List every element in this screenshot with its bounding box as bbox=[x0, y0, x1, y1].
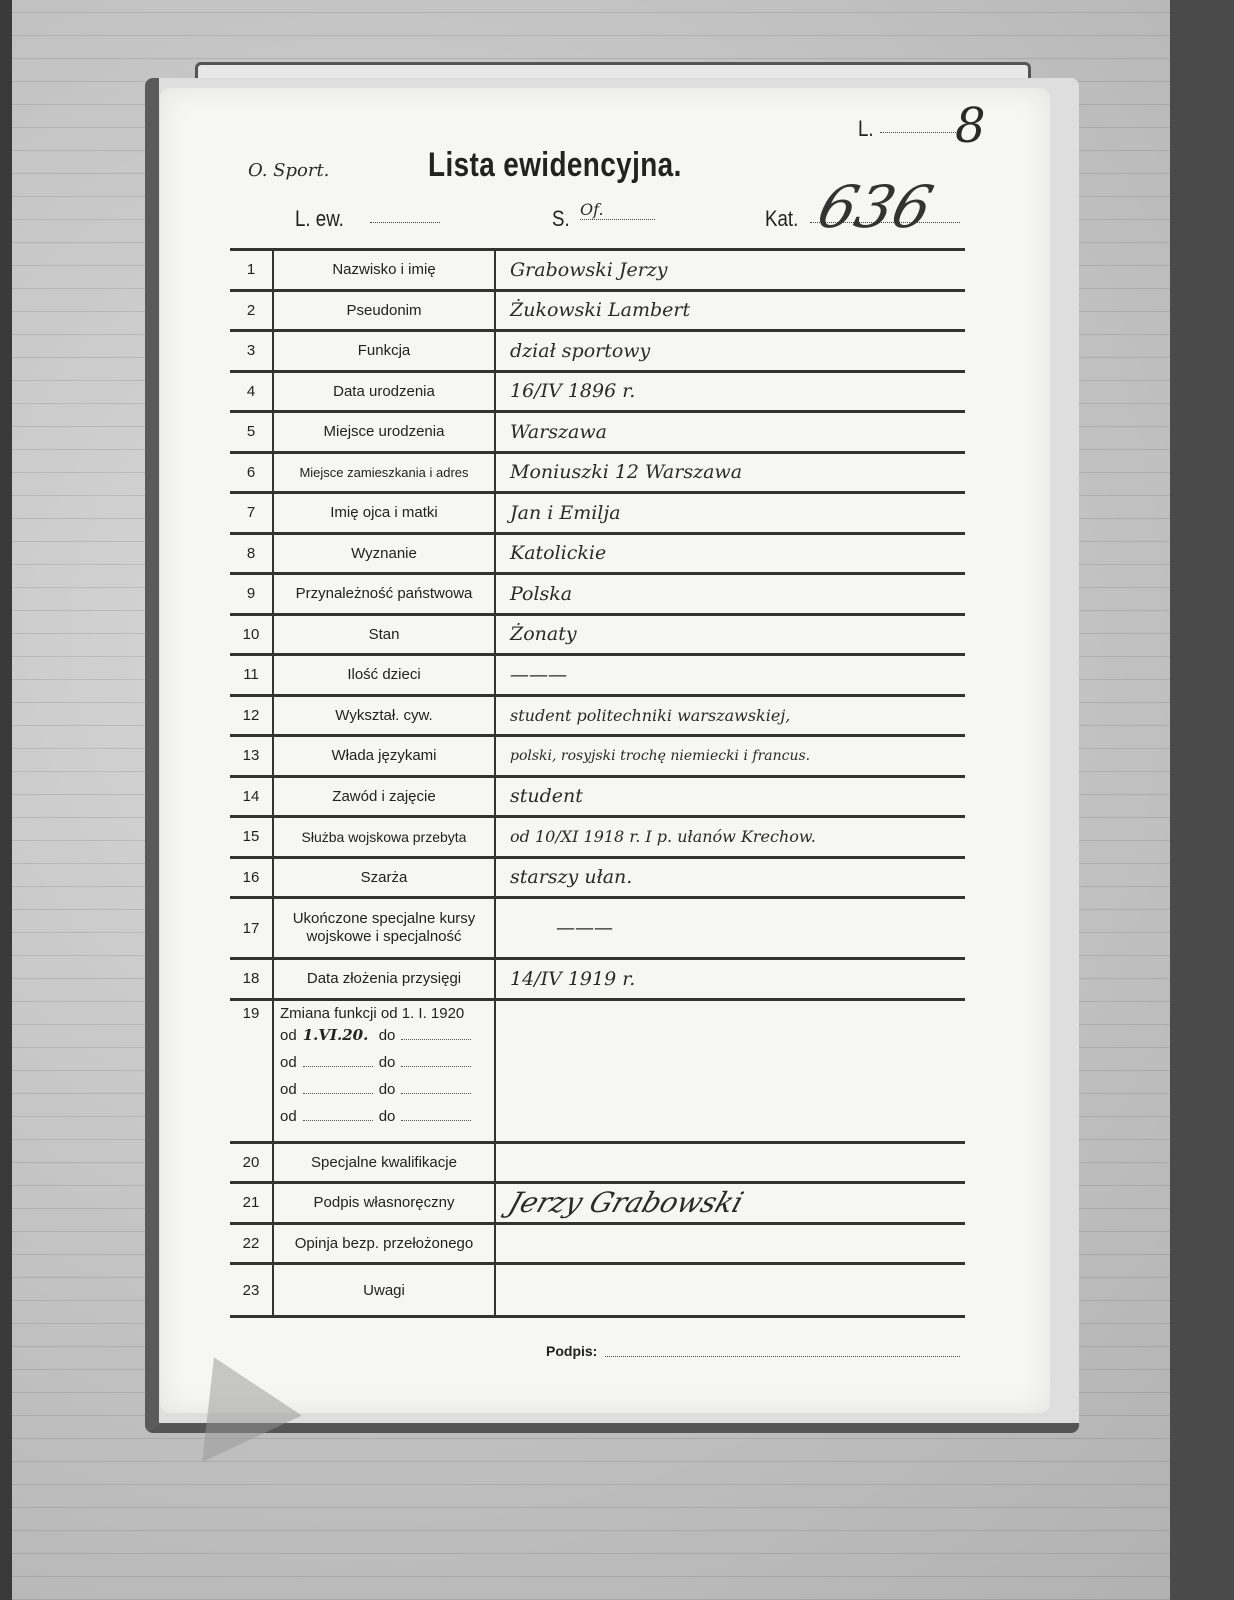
scan-edge-left bbox=[0, 0, 12, 1600]
kat-value: 636 bbox=[811, 173, 940, 241]
kat-label: Kat. bbox=[765, 206, 798, 232]
form-sheet: L. 8 O. Sport. Lista ewidencyjna. L. ew.… bbox=[160, 88, 1050, 1413]
od-label: od bbox=[280, 1108, 297, 1125]
row-label: Opinja bezp. przełożonego bbox=[273, 1223, 495, 1264]
page-title: Lista ewidencyjna. bbox=[428, 146, 682, 185]
od-value: 1.VI.20. bbox=[303, 1026, 373, 1044]
row-number: 21 bbox=[230, 1183, 273, 1224]
row-value: 16/IV 1896 r. bbox=[495, 371, 965, 412]
row-label: Pseudonim bbox=[273, 290, 495, 331]
row-number: 1 bbox=[230, 250, 273, 291]
od-value bbox=[303, 1106, 373, 1121]
form-row: 9Przynależność państwowaPolska bbox=[230, 574, 965, 615]
row-label: Przynależność państwowa bbox=[273, 574, 495, 615]
handwritten-signature: Jerzy Grabowski bbox=[505, 1186, 748, 1219]
row-number: 16 bbox=[230, 857, 273, 898]
folded-corner bbox=[164, 1334, 302, 1462]
row-label: Zawód i zajęcie bbox=[273, 776, 495, 817]
s-field: Of. bbox=[580, 200, 655, 220]
corner-label: L. bbox=[858, 116, 874, 142]
form-row: 7Imię ojca i matkiJan i Emilja bbox=[230, 493, 965, 534]
form-row-signature: 21Podpis własnoręcznyJerzy Grabowski bbox=[230, 1183, 965, 1224]
row-number: 11 bbox=[230, 655, 273, 696]
row-number: 18 bbox=[230, 959, 273, 1000]
row-number: 2 bbox=[230, 290, 273, 331]
function-change-entry: od do bbox=[274, 1079, 494, 1106]
form-row: 8WyznanieKatolickie bbox=[230, 533, 965, 574]
row-value: Grabowski Jerzy bbox=[495, 250, 965, 291]
row-number: 10 bbox=[230, 614, 273, 655]
row-label: Podpis własnoręczny bbox=[273, 1183, 495, 1224]
do-label: do bbox=[379, 1027, 396, 1044]
form-row: 5Miejsce urodzeniaWarszawa bbox=[230, 412, 965, 453]
row-label: Data urodzenia bbox=[273, 371, 495, 412]
row-label: Szarża bbox=[273, 857, 495, 898]
do-value bbox=[401, 1079, 471, 1094]
do-label: do bbox=[379, 1108, 396, 1125]
row-value bbox=[495, 1223, 965, 1264]
row-label: Ukończone specjalne kursy wojskowe i spe… bbox=[273, 898, 495, 959]
function-change-block: Zmiana funkcji od 1. I. 1920 od 1.VI.20.… bbox=[273, 999, 495, 1142]
s-label: S. bbox=[552, 206, 570, 232]
row-number: 8 bbox=[230, 533, 273, 574]
row-label: Miejsce urodzenia bbox=[273, 412, 495, 453]
row-value: dział sportowy bbox=[495, 331, 965, 372]
row-label: Miejsce zamieszkania i adres bbox=[273, 452, 495, 493]
row-label: Imię ojca i matki bbox=[273, 493, 495, 534]
row-value: polski, rosyjski trochę niemiecki i fran… bbox=[495, 736, 965, 777]
row-number: 12 bbox=[230, 695, 273, 736]
footer-podpis-field bbox=[605, 1356, 960, 1357]
row-number: 7 bbox=[230, 493, 273, 534]
form-row: 12Wykształ. cyw.student politechniki war… bbox=[230, 695, 965, 736]
row-number: 17 bbox=[230, 898, 273, 959]
form-row: 16Szarżastarszy ułan. bbox=[230, 857, 965, 898]
row-value: od 10/XI 1918 r. I p. ułanów Krechow. bbox=[495, 817, 965, 858]
do-label: do bbox=[379, 1054, 396, 1071]
function-change-entry: od 1.VI.20. do bbox=[274, 1025, 494, 1052]
row-number: 23 bbox=[230, 1264, 273, 1317]
function-change-entry: od do bbox=[274, 1052, 494, 1079]
row-value: 14/IV 1919 r. bbox=[495, 959, 965, 1000]
scan-edge-right bbox=[1170, 0, 1234, 1600]
row-label: Data złożenia przysięgi bbox=[273, 959, 495, 1000]
form-row: 3Funkcjadział sportowy bbox=[230, 331, 965, 372]
l-ew-label: L. ew. bbox=[295, 206, 344, 232]
row-value: Polska bbox=[495, 574, 965, 615]
registration-form-table: 1Nazwisko i imięGrabowski Jerzy 2Pseudon… bbox=[230, 248, 965, 1318]
row-number: 20 bbox=[230, 1142, 273, 1183]
row-label: Wyznanie bbox=[273, 533, 495, 574]
form-row: 1Nazwisko i imięGrabowski Jerzy bbox=[230, 250, 965, 291]
row-label: Stan bbox=[273, 614, 495, 655]
form-row-function-change: 19 Zmiana funkcji od 1. I. 1920 od 1.VI.… bbox=[230, 999, 965, 1142]
row-value: Jan i Emilja bbox=[495, 493, 965, 534]
row-value: Żonaty bbox=[495, 614, 965, 655]
footer-podpis-label: Podpis: bbox=[546, 1343, 597, 1359]
function-change-entry: od do bbox=[274, 1106, 494, 1133]
od-value bbox=[303, 1052, 373, 1067]
row-number: 13 bbox=[230, 736, 273, 777]
row-number: 5 bbox=[230, 412, 273, 453]
row-number: 19 bbox=[230, 999, 273, 1142]
row-number: 15 bbox=[230, 817, 273, 858]
do-value bbox=[401, 1025, 471, 1040]
corner-value: 8 bbox=[955, 98, 986, 154]
form-row: 23Uwagi bbox=[230, 1264, 965, 1317]
od-label: od bbox=[280, 1081, 297, 1098]
form-row: 14Zawód i zajęciestudent bbox=[230, 776, 965, 817]
row-label: Specjalne kwalifikacje bbox=[273, 1142, 495, 1183]
row-value bbox=[495, 1264, 965, 1317]
corner-dots bbox=[880, 132, 960, 133]
form-row: 11Ilość dzieci——— bbox=[230, 655, 965, 696]
row-value: Warszawa bbox=[495, 412, 965, 453]
row-value: student politechniki warszawskiej, bbox=[495, 695, 965, 736]
od-label: od bbox=[280, 1027, 297, 1044]
row-value: ——— bbox=[495, 655, 965, 696]
row-value: Moniuszki 12 Warszawa bbox=[495, 452, 965, 493]
row-number: 14 bbox=[230, 776, 273, 817]
form-row: 17Ukończone specjalne kursy wojskowe i s… bbox=[230, 898, 965, 959]
row-value: Katolickie bbox=[495, 533, 965, 574]
row-label: Włada językami bbox=[273, 736, 495, 777]
row-value: student bbox=[495, 776, 965, 817]
row-label: Służba wojskowa przebyta bbox=[273, 817, 495, 858]
row-label: Ilość dzieci bbox=[273, 655, 495, 696]
form-row: 2PseudonimŻukowski Lambert bbox=[230, 290, 965, 331]
row-label: Wykształ. cyw. bbox=[273, 695, 495, 736]
row-value: Żukowski Lambert bbox=[495, 290, 965, 331]
annotation-sport: O. Sport. bbox=[248, 160, 329, 181]
form-row: 15Służba wojskowa przebytaod 10/XI 1918 … bbox=[230, 817, 965, 858]
do-value bbox=[401, 1106, 471, 1121]
row-number: 6 bbox=[230, 452, 273, 493]
form-row: 18Data złożenia przysięgi14/IV 1919 r. bbox=[230, 959, 965, 1000]
row-number: 3 bbox=[230, 331, 273, 372]
row-value: ——— bbox=[495, 898, 965, 959]
row-label: Nazwisko i imię bbox=[273, 250, 495, 291]
signature-cell: Jerzy Grabowski bbox=[495, 1183, 965, 1224]
row-value: starszy ułan. bbox=[495, 857, 965, 898]
form-row: 4Data urodzenia16/IV 1896 r. bbox=[230, 371, 965, 412]
od-value bbox=[303, 1079, 373, 1094]
od-label: od bbox=[280, 1054, 297, 1071]
row-value bbox=[495, 1142, 965, 1183]
row-number: 9 bbox=[230, 574, 273, 615]
function-change-label: Zmiana funkcji od 1. I. 1920 bbox=[274, 1001, 494, 1025]
do-value bbox=[401, 1052, 471, 1067]
l-ew-field bbox=[370, 222, 440, 223]
row-number: 4 bbox=[230, 371, 273, 412]
form-row: 20Specjalne kwalifikacje bbox=[230, 1142, 965, 1183]
form-row: 10StanŻonaty bbox=[230, 614, 965, 655]
form-row: 6Miejsce zamieszkania i adresMoniuszki 1… bbox=[230, 452, 965, 493]
form-row: 13Włada językamipolski, rosyjski trochę … bbox=[230, 736, 965, 777]
row-number: 22 bbox=[230, 1223, 273, 1264]
row-label: Uwagi bbox=[273, 1264, 495, 1317]
do-label: do bbox=[379, 1081, 396, 1098]
row-label: Funkcja bbox=[273, 331, 495, 372]
form-row: 22Opinja bezp. przełożonego bbox=[230, 1223, 965, 1264]
function-change-value bbox=[495, 999, 965, 1142]
